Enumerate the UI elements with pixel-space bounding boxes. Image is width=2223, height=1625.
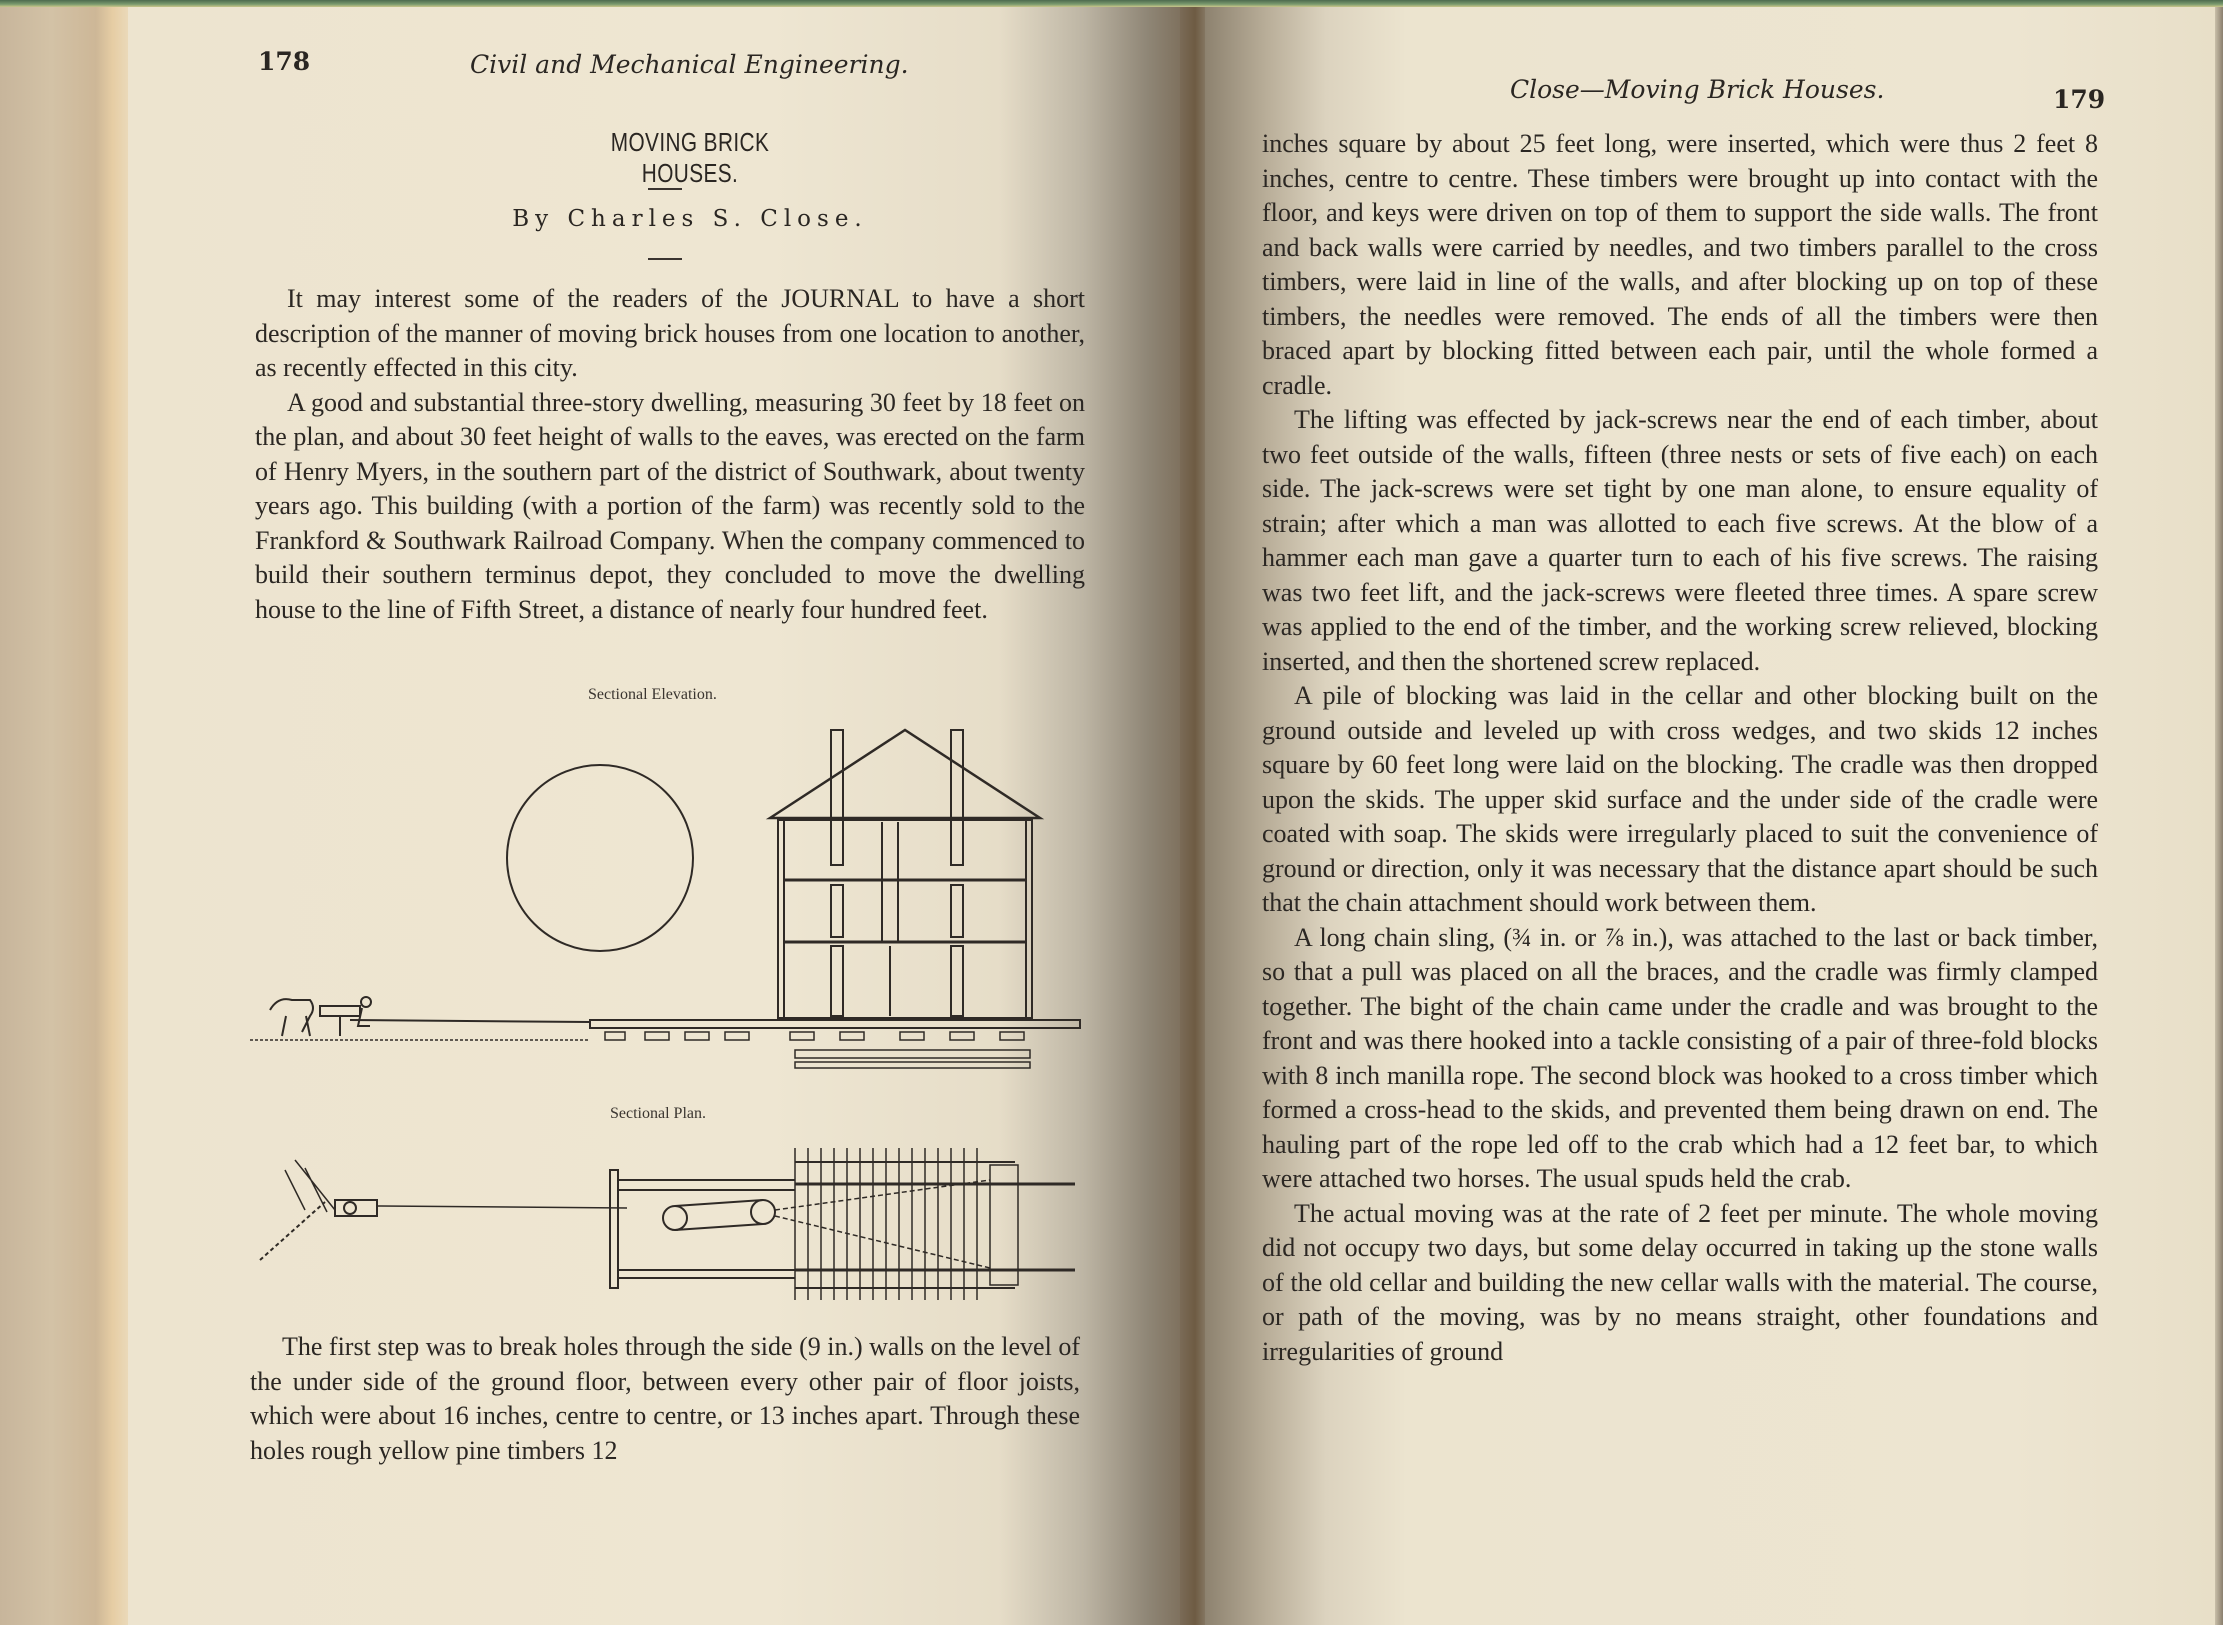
paragraph: The lifting was effected by jack-screws … <box>1262 403 2098 679</box>
left-intro-text: It may interest some of the readers of t… <box>255 282 1085 627</box>
page-number-left: 178 <box>258 47 310 76</box>
sectional-elevation-figure <box>250 710 1090 1070</box>
right-body-text: inches square by about 25 feet long, wer… <box>1262 127 2098 1369</box>
book-page-edges-left <box>0 7 128 1625</box>
running-head-left: Civil and Mechanical Engineering. <box>470 50 909 79</box>
book-page-edges-right <box>2215 7 2223 1625</box>
left-closing-text: The first step was to break holes throug… <box>250 1330 1080 1468</box>
article-byline: By Charles S. Close. <box>470 206 910 232</box>
sectional-plan-figure <box>255 1140 1085 1310</box>
paragraph: A pile of blocking was laid in the cella… <box>1262 679 2098 921</box>
paragraph: A good and substantial three-story dwell… <box>255 386 1085 628</box>
figure-caption-plan: Sectional Plan. <box>610 1105 706 1123</box>
paragraph: inches square by about 25 feet long, wer… <box>1262 127 2098 403</box>
page-number-right: 179 <box>2053 85 2105 114</box>
running-head-right: Close—Moving Brick Houses. <box>1510 75 1884 104</box>
paragraph: The actual moving was at the rate of 2 f… <box>1262 1197 2098 1370</box>
title-rule-bottom <box>648 258 682 260</box>
title-rule-top <box>648 188 682 190</box>
article-title: MOVING BRICK HOUSES. <box>570 127 810 189</box>
paragraph: It may interest some of the readers of t… <box>255 282 1085 386</box>
paragraph: The first step was to break holes throug… <box>250 1330 1080 1468</box>
paragraph: A long chain sling, (¾ in. or ⅞ in.), wa… <box>1262 921 2098 1197</box>
scanner-top-strip <box>0 0 2223 7</box>
figure-caption-elevation: Sectional Elevation. <box>588 686 717 704</box>
